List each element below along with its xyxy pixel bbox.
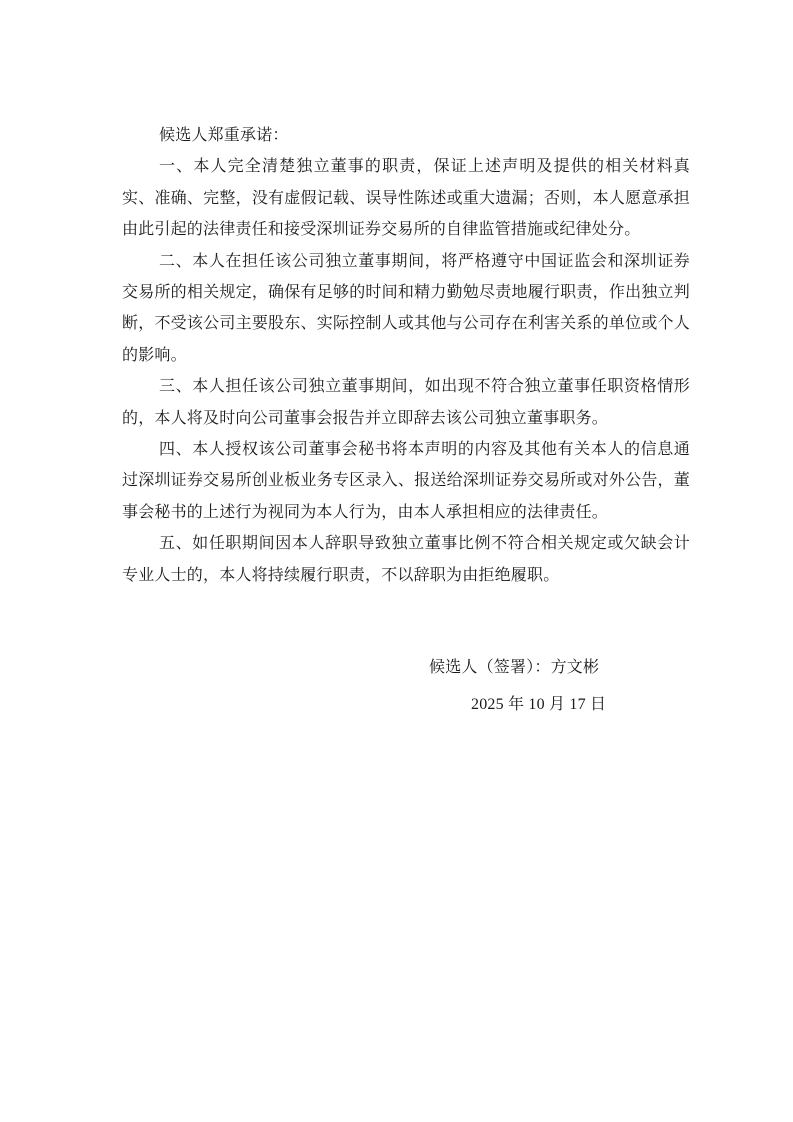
commitment-paragraph-5: 五、如任职期间因本人辞职导致独立董事比例不符合相关规定或欠缺会计专业人士的，本人… (122, 528, 690, 591)
commitment-paragraph-3: 三、本人担任该公司独立董事期间，如出现不符合独立董事任职资格情形的，本人将及时向… (122, 371, 690, 434)
commitment-paragraph-4: 四、本人授权该公司董事会秘书将本声明的内容及其他有关本人的信息通过深圳证券交易所… (122, 434, 690, 528)
document-body: 候选人郑重承诺： 一、本人完全清楚独立董事的职责，保证上述声明及提供的相关材料真… (122, 120, 690, 720)
commitment-paragraph-2: 二、本人在担任该公司独立董事期间，将严格遵守中国证监会和深圳证券交易所的相关规定… (122, 246, 690, 372)
commitment-paragraph-1: 一、本人完全清楚独立董事的职责，保证上述声明及提供的相关材料真实、准确、完整，没… (122, 151, 690, 245)
date-line: 2025 年 10 月 17 日 (122, 689, 690, 720)
document-page: 候选人郑重承诺： 一、本人完全清楚独立董事的职责，保证上述声明及提供的相关材料真… (0, 0, 793, 1122)
commitment-heading: 候选人郑重承诺： (122, 120, 690, 151)
signature-line: 候选人（签署）：方文彬 (122, 652, 690, 683)
